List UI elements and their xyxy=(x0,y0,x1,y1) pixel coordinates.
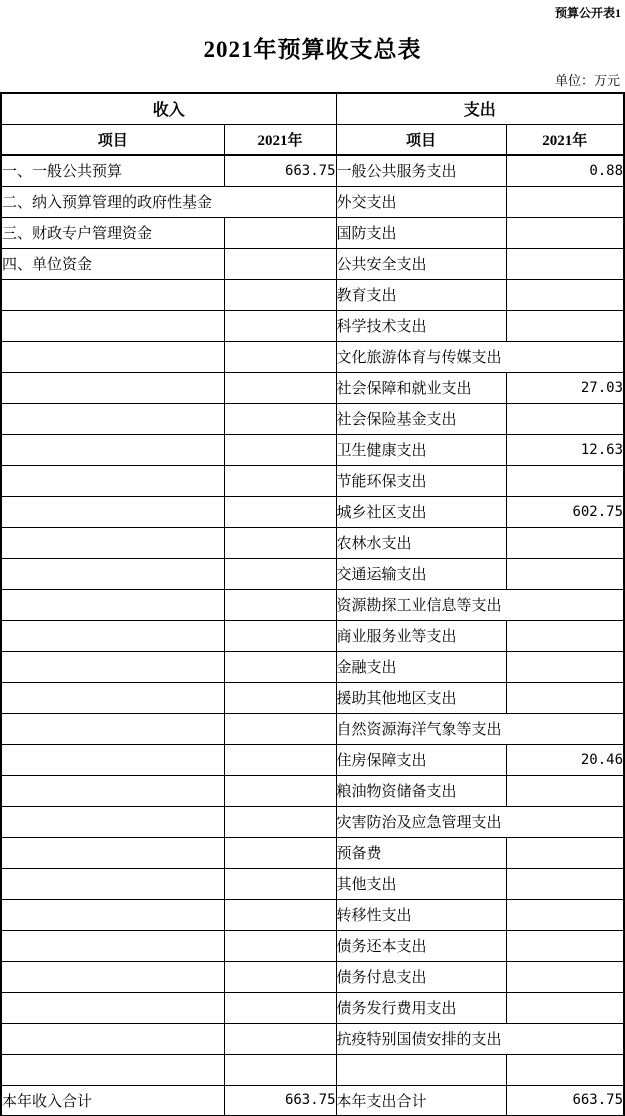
expense-item-cell: 预备费 xyxy=(336,837,506,868)
expense-item-cell: 城乡社区支出 xyxy=(336,496,506,527)
income-item-cell xyxy=(1,744,224,775)
income-item-cell xyxy=(1,527,224,558)
expense-value-cell xyxy=(506,837,624,868)
expense-value-cell xyxy=(506,992,624,1023)
table-row: 资源勘探工业信息等支出 xyxy=(1,589,624,620)
expense-value-cell xyxy=(506,186,624,217)
page-title: 2021年预算收支总表 xyxy=(0,31,625,64)
table-row: 社会保障和就业支出27.03 xyxy=(1,372,624,403)
expense-value-cell xyxy=(506,527,624,558)
income-item-cell xyxy=(1,837,224,868)
expense-item-cell xyxy=(336,1054,506,1085)
expense-item-cell: 金融支出 xyxy=(336,651,506,682)
income-value-cell xyxy=(224,961,336,992)
expense-item-cell: 公共安全支出 xyxy=(336,248,506,279)
income-value-cell xyxy=(224,775,336,806)
expense-value-cell xyxy=(506,558,624,589)
table-row: 科学技术支出 xyxy=(1,310,624,341)
income-item-cell xyxy=(1,992,224,1023)
table-row: 灾害防治及应急管理支出 xyxy=(1,806,624,837)
expense-value-cell xyxy=(506,775,624,806)
expense-value-cell xyxy=(506,1054,624,1085)
expense-year-header: 2021年 xyxy=(506,124,624,155)
income-value-cell xyxy=(224,806,336,837)
income-value-cell xyxy=(224,682,336,713)
income-item-cell xyxy=(1,341,224,372)
expense-value-cell xyxy=(506,961,624,992)
income-value-cell xyxy=(224,1054,336,1085)
expense-item-cell: 社会保障和就业支出 xyxy=(336,372,506,403)
table-row: 卫生健康支出12.63 xyxy=(1,434,624,465)
table-row: 二、纳入预算管理的政府性基金外交支出 xyxy=(1,186,624,217)
income-value-cell xyxy=(224,620,336,651)
expense-value-cell xyxy=(506,651,624,682)
table-row: 转移性支出 xyxy=(1,899,624,930)
expense-value-cell xyxy=(506,403,624,434)
income-item-cell xyxy=(1,558,224,589)
expense-total-label: 本年支出合计 xyxy=(336,1085,506,1116)
income-value-cell xyxy=(224,527,336,558)
budget-table: 收入 支出 项目 2021年 项目 2021年 一、一般公共预算663.75一般… xyxy=(0,92,625,1116)
expense-value-cell xyxy=(506,465,624,496)
expense-item-cell: 卫生健康支出 xyxy=(336,434,506,465)
income-value-cell xyxy=(224,496,336,527)
income-item-cell xyxy=(1,868,224,899)
income-item-cell xyxy=(1,961,224,992)
income-total-value: 663.75 xyxy=(224,1085,336,1116)
expense-value-cell: 602.75 xyxy=(506,496,624,527)
expense-value-cell: 12.63 xyxy=(506,434,624,465)
expense-item-cell: 文化旅游体育与传媒支出 xyxy=(336,341,624,372)
income-value-cell xyxy=(224,899,336,930)
income-item-cell: 四、单位资金 xyxy=(1,248,224,279)
table-row: 城乡社区支出602.75 xyxy=(1,496,624,527)
income-item-cell xyxy=(1,496,224,527)
income-item-cell xyxy=(1,310,224,341)
table-row: 文化旅游体育与传媒支出 xyxy=(1,341,624,372)
expense-value-cell xyxy=(506,217,624,248)
expense-item-cell: 抗疫特别国债安排的支出 xyxy=(336,1023,624,1054)
income-value-cell xyxy=(224,279,336,310)
income-item-cell xyxy=(1,465,224,496)
income-item-cell xyxy=(1,930,224,961)
income-value-cell xyxy=(224,248,336,279)
expense-value-cell xyxy=(506,310,624,341)
income-item-cell xyxy=(1,1023,224,1054)
income-item-cell xyxy=(1,1054,224,1085)
income-section-header: 收入 xyxy=(1,93,336,124)
expense-item-cell: 外交支出 xyxy=(336,186,506,217)
expense-section-header: 支出 xyxy=(336,93,624,124)
budget-document-page: 预算公开表1 2021年预算收支总表 单位：万元 收入 支出 项目 2021年 … xyxy=(0,0,625,1116)
expense-value-cell: 0.88 xyxy=(506,155,624,186)
expense-item-header: 项目 xyxy=(336,124,506,155)
table-row: 住房保障支出20.46 xyxy=(1,744,624,775)
expense-item-cell: 资源勘探工业信息等支出 xyxy=(336,589,624,620)
corner-label: 预算公开表1 xyxy=(555,4,621,21)
expense-item-cell: 社会保险基金支出 xyxy=(336,403,506,434)
income-item-cell xyxy=(1,682,224,713)
table-row: 债务付息支出 xyxy=(1,961,624,992)
income-item-cell xyxy=(1,899,224,930)
expense-item-cell: 一般公共服务支出 xyxy=(336,155,506,186)
income-value-cell xyxy=(224,837,336,868)
income-value-cell xyxy=(224,930,336,961)
income-year-header: 2021年 xyxy=(224,124,336,155)
table-row: 粮油物资储备支出 xyxy=(1,775,624,806)
income-value-cell xyxy=(224,558,336,589)
table-row: 商业服务业等支出 xyxy=(1,620,624,651)
income-value-cell xyxy=(224,1023,336,1054)
table-row: 三、财政专户管理资金国防支出 xyxy=(1,217,624,248)
income-value-cell xyxy=(224,403,336,434)
income-value-cell xyxy=(224,868,336,899)
expense-item-cell: 债务还本支出 xyxy=(336,930,506,961)
income-item-cell xyxy=(1,403,224,434)
expense-value-cell: 27.03 xyxy=(506,372,624,403)
expense-item-cell: 住房保障支出 xyxy=(336,744,506,775)
income-value-cell xyxy=(224,372,336,403)
income-value-cell xyxy=(224,217,336,248)
table-row xyxy=(1,1054,624,1085)
income-value-cell xyxy=(224,434,336,465)
table-row: 交通运输支出 xyxy=(1,558,624,589)
income-item-cell xyxy=(1,372,224,403)
income-item-cell: 一、一般公共预算 xyxy=(1,155,224,186)
expense-item-cell: 粮油物资储备支出 xyxy=(336,775,506,806)
expense-item-cell: 交通运输支出 xyxy=(336,558,506,589)
table-row: 自然资源海洋气象等支出 xyxy=(1,713,624,744)
income-item-cell: 三、财政专户管理资金 xyxy=(1,217,224,248)
expense-item-cell: 其他支出 xyxy=(336,868,506,899)
table-row: 金融支出 xyxy=(1,651,624,682)
expense-value-cell xyxy=(506,930,624,961)
expense-value-cell xyxy=(506,682,624,713)
expense-value-cell xyxy=(506,620,624,651)
income-item-cell xyxy=(1,434,224,465)
expense-total-value: 663.75 xyxy=(506,1085,624,1116)
table-row: 农林水支出 xyxy=(1,527,624,558)
income-value-cell xyxy=(224,465,336,496)
income-item-cell xyxy=(1,775,224,806)
expense-item-cell: 债务发行费用支出 xyxy=(336,992,506,1023)
expense-value-cell: 20.46 xyxy=(506,744,624,775)
table-row: 预备费 xyxy=(1,837,624,868)
unit-label: 单位：万元 xyxy=(555,70,620,89)
income-item-cell xyxy=(1,651,224,682)
income-value-cell xyxy=(224,992,336,1023)
expense-item-cell: 国防支出 xyxy=(336,217,506,248)
expense-value-cell xyxy=(506,899,624,930)
expense-item-cell: 教育支出 xyxy=(336,279,506,310)
budget-table-body: 一、一般公共预算663.75一般公共服务支出0.88二、纳入预算管理的政府性基金… xyxy=(1,155,624,1085)
income-item-cell xyxy=(1,279,224,310)
expense-item-cell: 农林水支出 xyxy=(336,527,506,558)
expense-value-cell xyxy=(506,248,624,279)
income-value-cell xyxy=(224,589,336,620)
income-total-label: 本年收入合计 xyxy=(1,1085,224,1116)
table-row: 社会保险基金支出 xyxy=(1,403,624,434)
table-row: 债务发行费用支出 xyxy=(1,992,624,1023)
expense-item-cell: 商业服务业等支出 xyxy=(336,620,506,651)
table-row: 教育支出 xyxy=(1,279,624,310)
expense-item-cell: 援助其他地区支出 xyxy=(336,682,506,713)
income-item-cell: 二、纳入预算管理的政府性基金 xyxy=(1,186,336,217)
income-item-header: 项目 xyxy=(1,124,224,155)
income-value-cell xyxy=(224,341,336,372)
expense-item-cell: 科学技术支出 xyxy=(336,310,506,341)
table-row: 一、一般公共预算663.75一般公共服务支出0.88 xyxy=(1,155,624,186)
income-value-cell xyxy=(224,744,336,775)
expense-value-cell xyxy=(506,868,624,899)
table-row: 四、单位资金公共安全支出 xyxy=(1,248,624,279)
expense-item-cell: 灾害防治及应急管理支出 xyxy=(336,806,624,837)
expense-item-cell: 转移性支出 xyxy=(336,899,506,930)
table-row: 债务还本支出 xyxy=(1,930,624,961)
expense-item-cell: 债务付息支出 xyxy=(336,961,506,992)
income-item-cell xyxy=(1,713,224,744)
column-header-row: 项目 2021年 项目 2021年 xyxy=(1,124,624,155)
income-value-cell xyxy=(224,651,336,682)
income-item-cell xyxy=(1,806,224,837)
expense-item-cell: 自然资源海洋气象等支出 xyxy=(336,713,624,744)
total-row: 本年收入合计 663.75 本年支出合计 663.75 xyxy=(1,1085,624,1116)
table-row: 节能环保支出 xyxy=(1,465,624,496)
section-header-row: 收入 支出 xyxy=(1,93,624,124)
income-item-cell xyxy=(1,589,224,620)
income-value-cell xyxy=(224,310,336,341)
income-item-cell xyxy=(1,620,224,651)
income-value-cell xyxy=(224,713,336,744)
expense-item-cell: 节能环保支出 xyxy=(336,465,506,496)
income-value-cell: 663.75 xyxy=(224,155,336,186)
table-row: 抗疫特别国债安排的支出 xyxy=(1,1023,624,1054)
table-row: 援助其他地区支出 xyxy=(1,682,624,713)
expense-value-cell xyxy=(506,279,624,310)
table-row: 其他支出 xyxy=(1,868,624,899)
